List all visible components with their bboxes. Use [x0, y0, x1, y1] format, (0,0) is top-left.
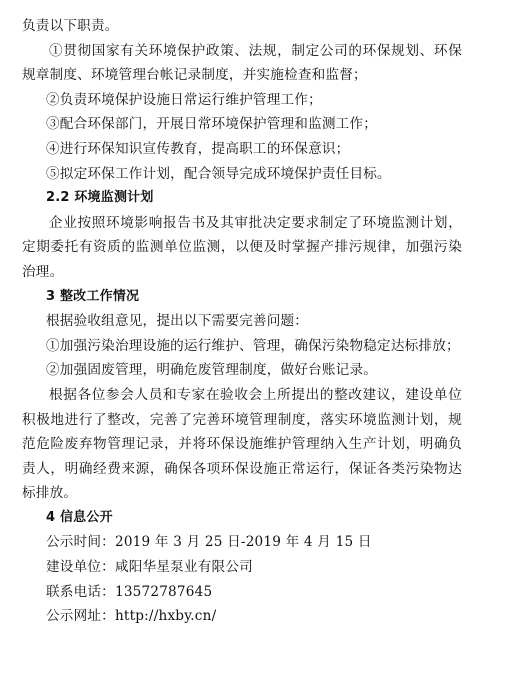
construction-unit-row: 建设单位：咸阳华星泵业有限公司	[22, 555, 462, 580]
section-heading-3: 3 整改工作情况	[22, 285, 462, 310]
construction-unit-label: 建设单位：	[46, 559, 115, 575]
publicity-period-value: 2019 年 3 月 25 日-2019 年 4 月 15 日	[115, 534, 372, 550]
intro-line: 负责以下职责。	[22, 14, 462, 39]
duty-item-1: ①贯彻国家有关环境保护政策、法规，制定公司的环保规划、环保规章制度、环境管理台帐…	[22, 39, 462, 88]
website-link[interactable]: http://hxby.cn/	[115, 608, 216, 624]
contact-phone-value: 13572787645	[115, 584, 212, 600]
section-heading-2-2: 2.2 环境监测计划	[22, 186, 462, 211]
document-page: 负责以下职责。 ①贯彻国家有关环境保护政策、法规，制定公司的环保规划、环保规章制…	[22, 14, 462, 629]
contact-phone-row: 联系电话：13572787645	[22, 580, 462, 605]
section-3-body: 根据各位参会人员和专家在验收会上所提出的整改建议，建设单位积极地进行了整改，完善…	[22, 383, 462, 506]
contact-phone-label: 联系电话：	[46, 584, 115, 600]
publicity-period-row: 公示时间：2019 年 3 月 25 日-2019 年 4 月 15 日	[22, 530, 462, 555]
duty-item-2: ②负责环境保护设施日常运行维护管理工作；	[22, 88, 462, 113]
duty-item-3: ③配合环保部门，开展日常环境保护管理和监测工作；	[22, 112, 462, 137]
website-row: 公示网址：http://hxby.cn/	[22, 604, 462, 629]
website-label: 公示网址：	[46, 608, 115, 624]
section-2-2-body: 企业按照环境影响报告书及其审批决定要求制定了环境监测计划，定期委托有资质的监测单…	[22, 211, 462, 285]
duty-item-4: ④进行环保知识宣传教育，提高职工的环保意识；	[22, 137, 462, 162]
construction-unit-value: 咸阳华星泵业有限公司	[115, 559, 253, 575]
rectification-item-2: ②加强固废管理，明确危废管理制度，做好台账记录。	[22, 358, 462, 383]
section-3-intro: 根据验收组意见，提出以下需要完善问题：	[22, 309, 462, 334]
publicity-period-label: 公示时间：	[46, 534, 115, 550]
section-heading-4: 4 信息公开	[22, 506, 462, 531]
duty-item-5: ⑤拟定环保工作计划，配合领导完成环境保护责任目标。	[22, 162, 462, 187]
rectification-item-1: ①加强污染治理设施的运行维护、管理，确保污染物稳定达标排放；	[22, 334, 462, 359]
